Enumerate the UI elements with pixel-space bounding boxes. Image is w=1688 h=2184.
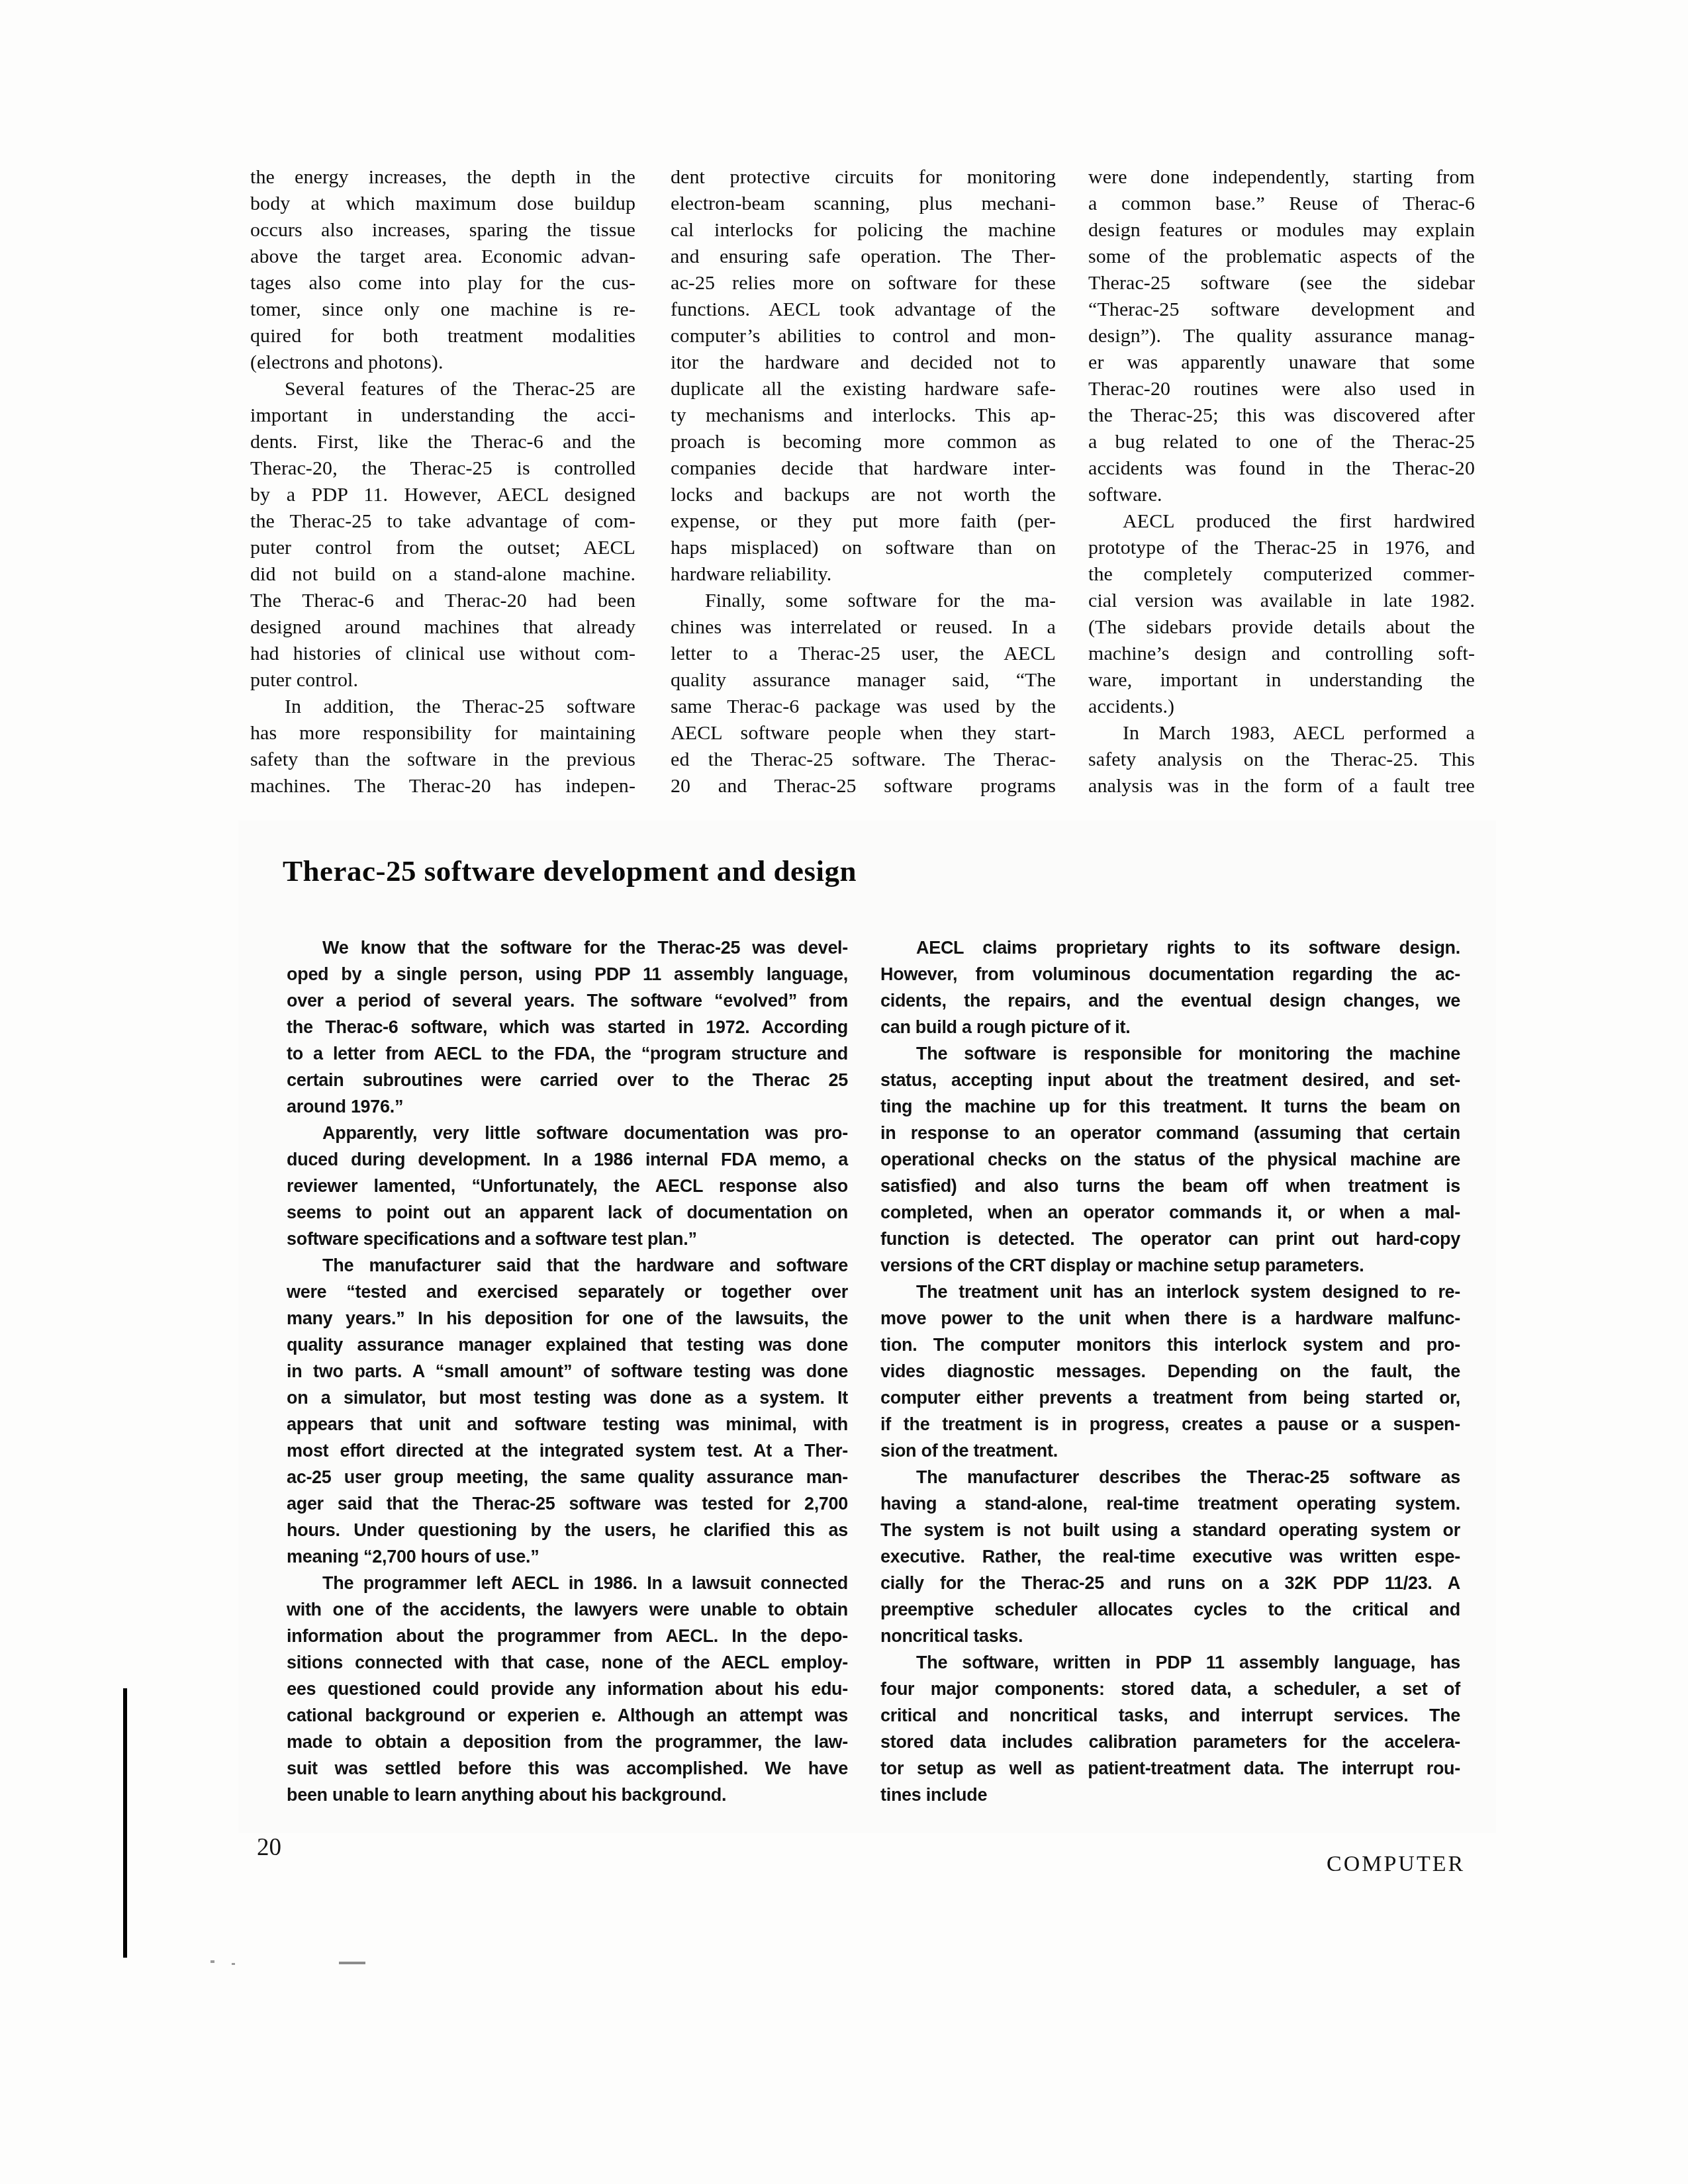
text-line: tomer, since only one machine is re- bbox=[250, 296, 635, 323]
text-line: with one of the accidents, the lawyers w… bbox=[287, 1596, 848, 1623]
text-line: to a letter from AECL to the FDA, the “p… bbox=[287, 1040, 848, 1067]
sidebar-title: Therac-25 software development and desig… bbox=[283, 855, 857, 888]
text-line: chines was interrelated or reused. In a bbox=[671, 614, 1056, 641]
text-line: Therac-25 software (see the sidebar bbox=[1088, 270, 1475, 296]
text-line: around 1976.” bbox=[287, 1093, 848, 1120]
text-line: appears that unit and software testing w… bbox=[287, 1411, 848, 1437]
paragraph: The software, written in PDP 11 assembly… bbox=[880, 1649, 1460, 1808]
paragraph: Several features of the Therac-25 areimp… bbox=[250, 376, 635, 694]
text-line: design”). The quality assurance manag- bbox=[1088, 323, 1475, 349]
text-line: a bug related to one of the Therac-25 bbox=[1088, 429, 1475, 455]
article-column-1: the energy increases, the depth in thebo… bbox=[250, 164, 635, 799]
text-line: the Therac-6 software, which was started… bbox=[287, 1014, 848, 1040]
text-line: quired for both treatment modalities bbox=[250, 323, 635, 349]
text-line: above the target area. Economic advan- bbox=[250, 244, 635, 270]
text-line: software. bbox=[1088, 482, 1475, 508]
text-line: body at which maximum dose buildup bbox=[250, 191, 635, 217]
text-line: dent protective circuits for monitoring bbox=[671, 164, 1056, 191]
article-column-3: were done independently, starting froma … bbox=[1088, 164, 1475, 799]
paragraph: The treatment unit has an interlock syst… bbox=[880, 1279, 1460, 1464]
text-line: occurs also increases, sparing the tissu… bbox=[250, 217, 635, 244]
text-line: The manufacturer said that the hardware … bbox=[287, 1252, 848, 1279]
text-line: computer either prevents a treatment fro… bbox=[880, 1385, 1460, 1411]
text-line: quality assurance manager said, “The bbox=[671, 667, 1056, 694]
text-line: in two parts. A “small amount” of softwa… bbox=[287, 1358, 848, 1385]
text-line: puter control from the outset; AECL bbox=[250, 535, 635, 561]
text-line: certain subroutines were carried over to… bbox=[287, 1067, 848, 1093]
text-line: haps misplaced) on software than on bbox=[671, 535, 1056, 561]
text-line: reviewer lamented, “Unfortunately, the A… bbox=[287, 1173, 848, 1199]
text-line: cial version was available in late 1982. bbox=[1088, 588, 1475, 614]
text-line: information about the programmer from AE… bbox=[287, 1623, 848, 1649]
text-line: did not build on a stand-alone machine. bbox=[250, 561, 635, 588]
paragraph: AECL claims proprietary rights to its so… bbox=[880, 934, 1460, 1040]
page-number: 20 bbox=[257, 1833, 281, 1862]
paragraph: dent protective circuits for monitoringe… bbox=[671, 164, 1056, 588]
paragraph: Finally, some software for the ma-chines… bbox=[671, 588, 1056, 799]
text-line: ty mechanisms and interlocks. This ap- bbox=[671, 402, 1056, 429]
paragraph: In March 1983, AECL performed asafety an… bbox=[1088, 720, 1475, 799]
text-line: many years.” In his deposition for one o… bbox=[287, 1305, 848, 1332]
text-line: accidents.) bbox=[1088, 694, 1475, 720]
text-line: designed around machines that already bbox=[250, 614, 635, 641]
text-line: can build a rough picture of it. bbox=[880, 1014, 1460, 1040]
text-line: having a stand-alone, real-time treatmen… bbox=[880, 1490, 1460, 1517]
text-line: Finally, some software for the ma- bbox=[671, 588, 1056, 614]
text-line: completed, when an operator commands it,… bbox=[880, 1199, 1460, 1226]
paragraph: Apparently, very little software documen… bbox=[287, 1120, 848, 1252]
text-line: sion of the treatment. bbox=[880, 1437, 1460, 1464]
text-line: The programmer left AECL in 1986. In a l… bbox=[287, 1570, 848, 1596]
text-line: ager said that the Therac-25 software wa… bbox=[287, 1490, 848, 1517]
text-line: seems to point out an apparent lack of d… bbox=[287, 1199, 848, 1226]
text-line: itor the hardware and decided not to bbox=[671, 349, 1056, 376]
text-line: four major components: stored data, a sc… bbox=[880, 1676, 1460, 1702]
text-line: ac-25 relies more on software for these bbox=[671, 270, 1056, 296]
text-line: companies decide that hardware inter- bbox=[671, 455, 1056, 482]
text-line: safety analysis on the Therac-25. This bbox=[1088, 747, 1475, 773]
text-line: operational checks on the status of the … bbox=[880, 1146, 1460, 1173]
text-line: AECL software people when they start- bbox=[671, 720, 1056, 747]
paragraph: The manufacturer describes the Therac-25… bbox=[880, 1464, 1460, 1649]
text-line: tines include bbox=[880, 1782, 1460, 1808]
text-line: the completely computerized commer- bbox=[1088, 561, 1475, 588]
text-line: ting the machine up for this treatment. … bbox=[880, 1093, 1460, 1120]
text-line: meaning “2,700 hours of use.” bbox=[287, 1543, 848, 1570]
paragraph: We know that the software for the Therac… bbox=[287, 934, 848, 1120]
text-line: cidents, the repairs, and the eventual d… bbox=[880, 987, 1460, 1014]
text-line: stored data includes calibration paramet… bbox=[880, 1729, 1460, 1755]
text-line: made to obtain a deposition from the pro… bbox=[287, 1729, 848, 1755]
text-line: Therac-20 routines were also used in bbox=[1088, 376, 1475, 402]
text-line: cially for the Therac-25 and runs on a 3… bbox=[880, 1570, 1460, 1596]
sidebar-column-2: AECL claims proprietary rights to its so… bbox=[880, 934, 1460, 1808]
text-line: tion. The computer monitors this interlo… bbox=[880, 1332, 1460, 1358]
paragraph: In addition, the Therac-25 softwarehas m… bbox=[250, 694, 635, 799]
text-line: design features or modules may explain bbox=[1088, 217, 1475, 244]
text-line: In March 1983, AECL performed a bbox=[1088, 720, 1475, 747]
scan-artifact-dot bbox=[232, 1963, 235, 1965]
text-line: satisfied) and also turns the beam off w… bbox=[880, 1173, 1460, 1199]
text-line: a common base.” Reuse of Therac-6 bbox=[1088, 191, 1475, 217]
text-line: same Therac-6 package was used by the bbox=[671, 694, 1056, 720]
paragraph: were done independently, starting froma … bbox=[1088, 164, 1475, 508]
text-line: ees questioned could provide any informa… bbox=[287, 1676, 848, 1702]
text-line: In addition, the Therac-25 software bbox=[250, 694, 635, 720]
text-line: on a simulator, but most testing was don… bbox=[287, 1385, 848, 1411]
paragraph: AECL produced the first hardwiredprototy… bbox=[1088, 508, 1475, 720]
scan-artifact-dot bbox=[211, 1960, 214, 1963]
text-line: ac-25 user group meeting, the same quali… bbox=[287, 1464, 848, 1490]
text-line: the Therac-25 to take advantage of com- bbox=[250, 508, 635, 535]
text-line: cal interlocks for policing the machine bbox=[671, 217, 1056, 244]
text-line: AECL claims proprietary rights to its so… bbox=[880, 934, 1460, 961]
text-line: er was apparently unaware that some bbox=[1088, 349, 1475, 376]
margin-rule bbox=[123, 1688, 127, 1958]
text-line: prototype of the Therac-25 in 1976, and bbox=[1088, 535, 1475, 561]
text-line: versions of the CRT display or machine s… bbox=[880, 1252, 1460, 1279]
paragraph: The software is responsible for monitori… bbox=[880, 1040, 1460, 1279]
text-line: The software, written in PDP 11 assembly… bbox=[880, 1649, 1460, 1676]
text-line: critical and noncritical tasks, and inte… bbox=[880, 1702, 1460, 1729]
text-line: functions. AECL took advantage of the bbox=[671, 296, 1056, 323]
text-line: over a period of several years. The soft… bbox=[287, 987, 848, 1014]
paragraph: The programmer left AECL in 1986. In a l… bbox=[287, 1570, 848, 1808]
text-line: expense, or they put more faith (per- bbox=[671, 508, 1056, 535]
text-line: and ensuring safe operation. The Ther- bbox=[671, 244, 1056, 270]
text-line: Therac-20, the Therac-25 is controlled bbox=[250, 455, 635, 482]
text-line: “Therac-25 software development and bbox=[1088, 296, 1475, 323]
text-line: the energy increases, the depth in the bbox=[250, 164, 635, 191]
journal-name: COMPUTER bbox=[1327, 1852, 1465, 1877]
text-line: if the treatment is in progress, creates… bbox=[880, 1411, 1460, 1437]
text-line: machines. The Therac-20 has indepen- bbox=[250, 773, 635, 799]
text-line: safety than the software in the previous bbox=[250, 747, 635, 773]
text-line: Several features of the Therac-25 are bbox=[250, 376, 635, 402]
text-line: were done independently, starting from bbox=[1088, 164, 1475, 191]
text-line: software specifications and a software t… bbox=[287, 1226, 848, 1252]
text-line: vides diagnostic messages. Depending on … bbox=[880, 1358, 1460, 1385]
paragraph: the energy increases, the depth in thebo… bbox=[250, 164, 635, 376]
text-line: The manufacturer describes the Therac-25… bbox=[880, 1464, 1460, 1490]
text-line: most effort directed at the integrated s… bbox=[287, 1437, 848, 1464]
text-line: locks and backups are not worth the bbox=[671, 482, 1056, 508]
text-line: The software is responsible for monitori… bbox=[880, 1040, 1460, 1067]
text-line: The treatment unit has an interlock syst… bbox=[880, 1279, 1460, 1305]
text-line: (The sidebars provide details about the bbox=[1088, 614, 1475, 641]
text-line: We know that the software for the Therac… bbox=[287, 934, 848, 961]
article-column-2: dent protective circuits for monitoringe… bbox=[671, 164, 1056, 799]
text-line: by a PDP 11. However, AECL designed bbox=[250, 482, 635, 508]
text-line: the Therac-25; this was discovered after bbox=[1088, 402, 1475, 429]
text-line: The Therac-6 and Therac-20 had been bbox=[250, 588, 635, 614]
text-line: computer’s abilities to control and mon- bbox=[671, 323, 1056, 349]
text-line: had histories of clinical use without co… bbox=[250, 641, 635, 667]
magazine-page: the energy increases, the depth in thebo… bbox=[0, 0, 1688, 2184]
text-line: tages also come into play for the cus- bbox=[250, 270, 635, 296]
text-line: has more responsibility for maintaining bbox=[250, 720, 635, 747]
text-line: analysis was in the form of a fault tree bbox=[1088, 773, 1475, 799]
text-line: were “tested and exercised separately or… bbox=[287, 1279, 848, 1305]
text-line: hardware reliability. bbox=[671, 561, 1056, 588]
text-line: tor setup as well as patient-treatment d… bbox=[880, 1755, 1460, 1782]
text-line: puter control. bbox=[250, 667, 635, 694]
text-line: proach is becoming more common as bbox=[671, 429, 1056, 455]
text-line: suit was settled before this was accompl… bbox=[287, 1755, 848, 1782]
text-line: ware, important in understanding the bbox=[1088, 667, 1475, 694]
text-line: (electrons and photons). bbox=[250, 349, 635, 376]
text-line: AECL produced the first hardwired bbox=[1088, 508, 1475, 535]
text-line: machine’s design and controlling soft- bbox=[1088, 641, 1475, 667]
text-line: The system is not built using a standard… bbox=[880, 1517, 1460, 1543]
text-line: oped by a single person, using PDP 11 as… bbox=[287, 961, 848, 987]
text-line: electron-beam scanning, plus mechani- bbox=[671, 191, 1056, 217]
paragraph: The manufacturer said that the hardware … bbox=[287, 1252, 848, 1570]
text-line: dents. First, like the Therac-6 and the bbox=[250, 429, 635, 455]
text-line: sitions connected with that case, none o… bbox=[287, 1649, 848, 1676]
text-line: letter to a Therac-25 user, the AECL bbox=[671, 641, 1056, 667]
text-line: ed the Therac-25 software. The Therac- bbox=[671, 747, 1056, 773]
text-line: preemptive scheduler allocates cycles to… bbox=[880, 1596, 1460, 1623]
sidebar-column-1: We know that the software for the Therac… bbox=[287, 934, 848, 1808]
text-line: been unable to learn anything about his … bbox=[287, 1782, 848, 1808]
text-line: duplicate all the existing hardware safe… bbox=[671, 376, 1056, 402]
text-line: some of the problematic aspects of the bbox=[1088, 244, 1475, 270]
text-line: in response to an operator command (assu… bbox=[880, 1120, 1460, 1146]
text-line: hours. Under questioning by the users, h… bbox=[287, 1517, 848, 1543]
text-line: move power to the unit when there is a h… bbox=[880, 1305, 1460, 1332]
text-line: quality assurance manager explained that… bbox=[287, 1332, 848, 1358]
text-line: important in understanding the acci- bbox=[250, 402, 635, 429]
text-line: noncritical tasks. bbox=[880, 1623, 1460, 1649]
text-line: accidents was found in the Therac-20 bbox=[1088, 455, 1475, 482]
text-line: Apparently, very little software documen… bbox=[287, 1120, 848, 1146]
text-line: executive. Rather, the real-time executi… bbox=[880, 1543, 1460, 1570]
text-line: However, from voluminous documentation r… bbox=[880, 961, 1460, 987]
text-line: duced during development. In a 1986 inte… bbox=[287, 1146, 848, 1173]
scan-artifact-dash bbox=[339, 1962, 365, 1964]
text-line: status, accepting input about the treatm… bbox=[880, 1067, 1460, 1093]
text-line: cational background or experien e. Altho… bbox=[287, 1702, 848, 1729]
text-line: function is detected. The operator can p… bbox=[880, 1226, 1460, 1252]
text-line: 20 and Therac-25 software programs bbox=[671, 773, 1056, 799]
